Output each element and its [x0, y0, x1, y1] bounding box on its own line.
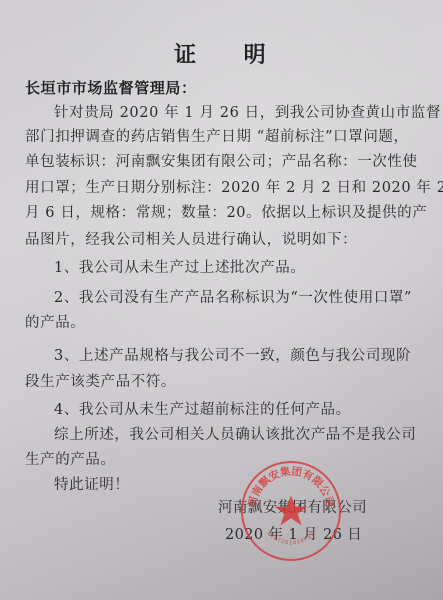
- closing-statement: 特此证明！: [54, 476, 385, 494]
- body-line: 单包装标识：河南飘安集团有限公司；产品名称：一次性使: [25, 153, 385, 171]
- list-item-4: 4、我公司从未生产过超前标注的任何产品。: [54, 401, 385, 419]
- list-item-1: 1、我公司从未生产过上述批次产品。: [54, 259, 385, 277]
- salutation: 长垣市市场监督管理局：: [25, 79, 385, 97]
- conclusion-line-cont: 生产的产品。: [25, 451, 385, 469]
- conclusion-line: 综上所述，我公司相关人员确认该批次产品不是我公司: [54, 426, 385, 444]
- document-title: 证 明: [174, 38, 286, 69]
- list-item-2-cont: 的产品。: [25, 314, 385, 332]
- signature-company: 河南飘安集团有限公司: [218, 496, 367, 517]
- list-item-2: 2、我公司没有生产产品名称标识为“一次性使用口罩”: [54, 289, 385, 307]
- body-line: 月 6 日，规格：常规；数量：20。依据以上标识及提供的产: [25, 204, 385, 222]
- body-line: 针对贵局 2020 年 1 月 26 日，到我公司协查黄山市监督: [54, 104, 385, 122]
- body-line: 用口罩；生产日期分别标注：2020 年 2 月 2 日和 2020 年 2: [25, 179, 385, 197]
- list-item-3-cont: 段生产该类产品不符。: [25, 373, 385, 391]
- body-line: 品图片，经我公司相关人员进行确认，说明如下：: [25, 231, 385, 249]
- list-item-3: 3、上述产品规格与我公司不一致，颜色与我公司现阶: [54, 347, 385, 365]
- body-line: 部门扣押调查的药店销售生产日期 “超前标注”口罩问题，: [25, 128, 385, 146]
- signature-date: 2020 年 1 月 26 日: [225, 523, 362, 544]
